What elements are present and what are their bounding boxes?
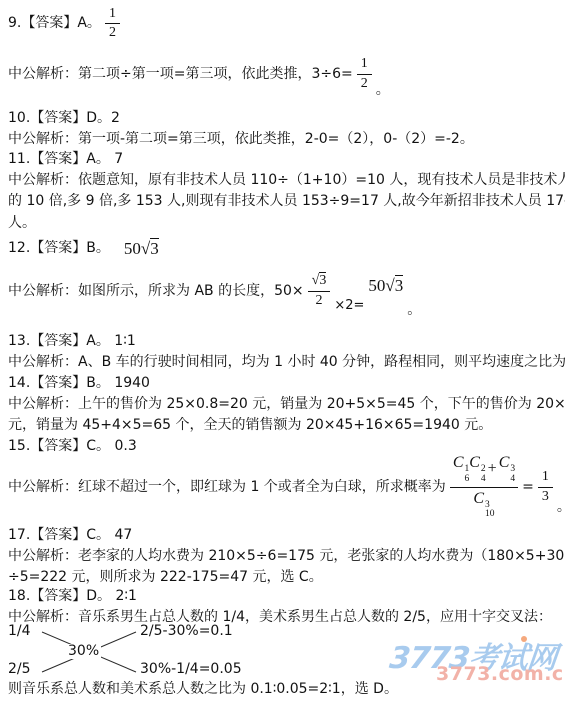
answer-line-10: 10.【答案】D。2 bbox=[8, 110, 120, 127]
analysis-text-17-2: ÷5=222 元，则所求为 222-175=47 元，选 C。 bbox=[8, 569, 323, 585]
sqrt-radical: 3 bbox=[312, 272, 327, 288]
analysis-text-17-1: 中公解析：老李家的人均水费为 210×5÷6=175 元，老张家的人均水费为（1… bbox=[8, 548, 565, 564]
answer-line-15: 15.【答案】C。 0.3 bbox=[8, 438, 137, 455]
cross-top-left: 1/4 bbox=[8, 624, 31, 639]
combination-term: C24 bbox=[469, 454, 485, 485]
analysis-line-17-2: ÷5=222 元，则所求为 222-175=47 元，选 C。 bbox=[8, 569, 323, 586]
fraction-denominator: 2 bbox=[361, 75, 368, 92]
answer-text-9: 9.【答案】A。 bbox=[8, 15, 101, 32]
fraction-denominator: 2 bbox=[315, 292, 322, 309]
answer-text-13: 13.【答案】A。 1∶1 bbox=[8, 333, 136, 349]
analysis-line-14-1: 中公解析：上午的售价为 25×0.8=20 元，销量为 20+5×5=45 个，… bbox=[8, 396, 565, 413]
answer-line-14: 14.【答案】B。 1940 bbox=[8, 375, 150, 392]
analysis-line-14-2: 元，销量为 45+4×5=65 个，全天的销售额为 20×45+16×65=19… bbox=[8, 417, 492, 434]
c-symbol: C bbox=[469, 454, 480, 471]
subscript: 10 bbox=[485, 510, 495, 520]
combination-term: C310 bbox=[473, 490, 494, 507]
analysis-line-10: 中公解析：第一项-第二项=第三项，依此类推，2-0=（2），0-（2）=-2。 bbox=[8, 131, 474, 148]
analysis-line-13: 中公解析：A、B 车的行驶时间相同，均为 1 小时 40 分钟，路程相同，则平均… bbox=[8, 354, 565, 371]
answer-line-17: 17.【答案】C。 47 bbox=[8, 527, 132, 544]
answer-text-15: 15.【答案】C。 0.3 bbox=[8, 438, 137, 454]
analysis-line-15: 中公解析：红球不超过一个，即红球为 1 个或者全为白球，所求概率为 C16 C2… bbox=[8, 461, 565, 513]
c-symbol: C bbox=[473, 490, 484, 507]
answer-text-12: 12.【答案】B。 bbox=[8, 240, 110, 257]
fraction-one-half: 1 2 bbox=[357, 56, 372, 91]
analysis-line-11-1: 中公解析：依题意知，原有非技术人员 110÷（1+10）=10 人，现有技术人员… bbox=[8, 172, 565, 189]
radicand: 3 bbox=[395, 275, 404, 295]
analysis-text-11-2: 的 10 倍,多 9 倍,多 153 人,则现有非技术人员 153÷9=17 人… bbox=[8, 193, 565, 209]
subscript: 4 bbox=[510, 475, 515, 485]
analysis-text-10: 中公解析：第一项-第二项=第三项，依此类推，2-0=（2），0-（2）=-2。 bbox=[8, 131, 474, 147]
cross-method-diagram: 1/4 2/5 30% 2/5-30%=0.1 30%-1/4=0.05 bbox=[8, 622, 268, 682]
c-symbol: C bbox=[453, 454, 464, 471]
coefficient: 50 bbox=[124, 239, 141, 258]
fraction-numerator: 1 bbox=[538, 469, 553, 487]
fraction-numerator: 3 bbox=[308, 273, 331, 291]
equals-sign: = bbox=[522, 479, 534, 496]
combination-term: C16 bbox=[453, 454, 469, 485]
fraction-one-half: 1 2 bbox=[105, 6, 120, 41]
watermark-dot-icon bbox=[521, 636, 527, 642]
combination-numerator: C16 C24 + C34 bbox=[450, 454, 518, 488]
fraction-denominator: 2 bbox=[109, 24, 116, 41]
combination-denominator: C310 bbox=[473, 488, 494, 521]
answer-line-18: 18.【答案】D。 2∶1 bbox=[8, 588, 137, 605]
radicand: 3 bbox=[150, 238, 159, 258]
analysis-line-11-3: 人。 bbox=[8, 215, 36, 232]
cross-bottom-left: 2/5 bbox=[8, 662, 31, 677]
times-two-equals: ×2= bbox=[334, 297, 364, 314]
analysis-line-11-2: 的 10 倍,多 9 倍,多 153 人,则现有非技术人员 153÷9=17 人… bbox=[8, 193, 565, 210]
period: 。 bbox=[557, 499, 565, 516]
fraction-numerator: 1 bbox=[357, 56, 372, 74]
sqrt-radical: 3 bbox=[385, 275, 403, 295]
answer-line-13: 13.【答案】A。 1∶1 bbox=[8, 333, 136, 350]
analysis-line-9: 中公解析：第二项÷第一项=第三项，依此类推，3÷6= 1 2 。 bbox=[8, 52, 390, 96]
fraction-sqrt3-over-2: 3 2 bbox=[308, 273, 331, 308]
combination-term: C34 bbox=[499, 454, 515, 485]
analysis-text-13: 中公解析：A、B 车的行驶时间相同，均为 1 小时 40 分钟，路程相同，则平均… bbox=[8, 354, 565, 370]
analysis-text-11-3: 人。 bbox=[8, 215, 36, 231]
result-value-sqrt: 503 bbox=[368, 277, 403, 294]
analysis-line-12: 中公解析：如图所示，所求为 AB 的长度，50× 3 2 ×2= 503 。 bbox=[8, 266, 421, 316]
sqrt-radical: 3 bbox=[141, 238, 159, 258]
fraction-numerator: 1 bbox=[105, 6, 120, 24]
plus-sign: + bbox=[488, 460, 497, 478]
fraction-denominator: 3 bbox=[542, 488, 549, 505]
answer-line-11: 11.【答案】A。 7 bbox=[8, 151, 123, 168]
analysis-text-14-2: 元，销量为 45+4×5=65 个，全天的销售额为 20×45+16×65=19… bbox=[8, 417, 492, 433]
answer-line-12: 12.【答案】B。 503 bbox=[8, 240, 159, 257]
subscript: 4 bbox=[481, 475, 486, 485]
analysis-text-14-1: 中公解析：上午的售价为 25×0.8=20 元，销量为 20+5×5=45 个，… bbox=[8, 396, 565, 412]
fraction-one-third: 1 3 bbox=[538, 469, 553, 504]
watermark-domain: 3773.com.cn bbox=[436, 663, 565, 685]
cross-top-right: 2/5-30%=0.1 bbox=[140, 624, 233, 639]
analysis-text-12: 中公解析：如图所示，所求为 AB 的长度，50× bbox=[8, 283, 304, 300]
c-symbol: C bbox=[499, 454, 510, 471]
conclusion-line-18: 则音乐系总人数和美术系总人数之比为 0.1∶0.05=2∶1，选 D。 bbox=[8, 681, 398, 698]
coefficient: 50 bbox=[368, 276, 385, 295]
answer-text-10: 10.【答案】D。2 bbox=[8, 110, 120, 126]
page: 9.【答案】A。 1 2 中公解析：第二项÷第一项=第三项，依此类推，3÷6= … bbox=[0, 0, 565, 705]
analysis-line-17-1: 中公解析：老李家的人均水费为 210×5÷6=175 元，老张家的人均水费为（1… bbox=[8, 548, 565, 565]
period: 。 bbox=[376, 82, 390, 99]
analysis-text-9: 中公解析：第二项÷第一项=第三项，依此类推，3÷6= bbox=[8, 66, 353, 83]
period: 。 bbox=[407, 302, 421, 319]
answer-text-11: 11.【答案】A。 7 bbox=[8, 151, 123, 167]
answer-text-18: 18.【答案】D。 2∶1 bbox=[8, 588, 137, 604]
answer-value-sqrt: 503 bbox=[124, 240, 159, 257]
answer-line-9: 9.【答案】A。 1 2 bbox=[8, 6, 124, 41]
combination-fraction: C16 C24 + C34 C310 bbox=[450, 454, 518, 521]
answer-text-17: 17.【答案】C。 47 bbox=[8, 527, 132, 543]
answer-text-14: 14.【答案】B。 1940 bbox=[8, 375, 150, 391]
analysis-text-11-1: 中公解析：依题意知，原有非技术人员 110÷（1+10）=10 人，现有技术人员… bbox=[8, 172, 565, 188]
cross-center: 30% bbox=[66, 644, 101, 659]
cross-bottom-right: 30%-1/4=0.05 bbox=[140, 662, 242, 677]
analysis-text-15: 中公解析：红球不超过一个，即红球为 1 个或者全为白球，所求概率为 bbox=[8, 479, 446, 496]
conclusion-text-18: 则音乐系总人数和美术系总人数之比为 0.1∶0.05=2∶1，选 D。 bbox=[8, 681, 398, 697]
radicand: 3 bbox=[319, 272, 326, 288]
